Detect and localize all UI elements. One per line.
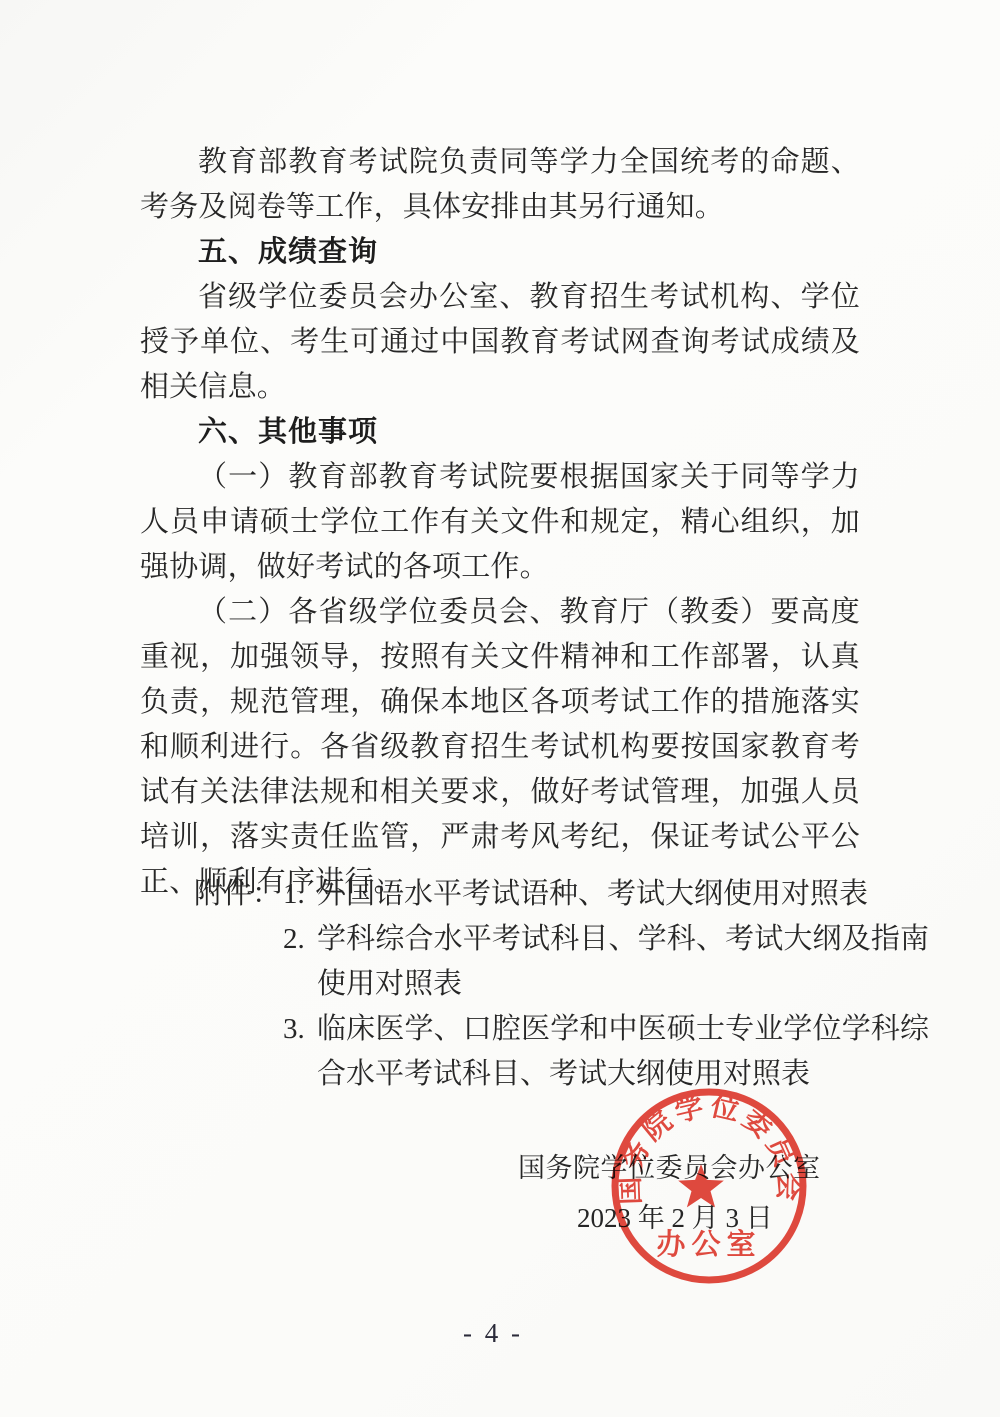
attachment-title: 外国语水平考试语种、考试大纲使用对照表: [317, 872, 929, 917]
attachment-number: 1.: [283, 872, 317, 917]
attachments-label: 附件：: [194, 872, 281, 917]
star-icon: [678, 1164, 724, 1207]
attachment-number: 3.: [283, 1007, 317, 1052]
attachment-number: 2.: [283, 917, 317, 962]
document-body: 教育部教育考试院负责同等学力全国统考的命题、考务及阅卷等工作，具体安排由其另行通…: [140, 140, 860, 905]
attachment-title: 学科综合水平考试科目、学科、考试大纲及指南使用对照表: [317, 917, 929, 1007]
section-heading-5: 五、成绩查询: [140, 230, 860, 275]
paragraph-exam-org: 教育部教育考试院负责同等学力全国统考的命题、考务及阅卷等工作，具体安排由其另行通…: [140, 140, 860, 230]
document-page: 教育部教育考试院负责同等学力全国统考的命题、考务及阅卷等工作，具体安排由其另行通…: [0, 0, 1000, 1417]
paragraph-item-2: （二）各省级学位委员会、教育厅（教委）要高度重视，加强领导，按照有关文件精神和工…: [140, 590, 860, 905]
attachments-list: 1. 外国语水平考试语种、考试大纲使用对照表 2. 学科综合水平考试科目、学科、…: [283, 872, 929, 1097]
paragraph-score-query: 省级学位委员会办公室、教育招生考试机构、学位授予单位、考生可通过中国教育考试网查…: [140, 275, 860, 410]
page-number: - 4 -: [0, 1318, 986, 1349]
attachments-block: 附件： 1. 外国语水平考试语种、考试大纲使用对照表 2. 学科综合水平考试科目…: [194, 872, 929, 1097]
attachment-item: 2. 学科综合水平考试科目、学科、考试大纲及指南使用对照表: [283, 917, 929, 1007]
paragraph-item-1: （一）教育部教育考试院要根据国家关于同等学力人员申请硕士学位工作有关文件和规定，…: [140, 455, 860, 590]
section-heading-6: 六、其他事项: [140, 410, 860, 455]
attachment-item: 1. 外国语水平考试语种、考试大纲使用对照表: [283, 872, 929, 917]
official-seal: 国务院学位委员会 办公室: [599, 1076, 819, 1296]
seal-bottom-text: 办公室: [656, 1228, 761, 1261]
